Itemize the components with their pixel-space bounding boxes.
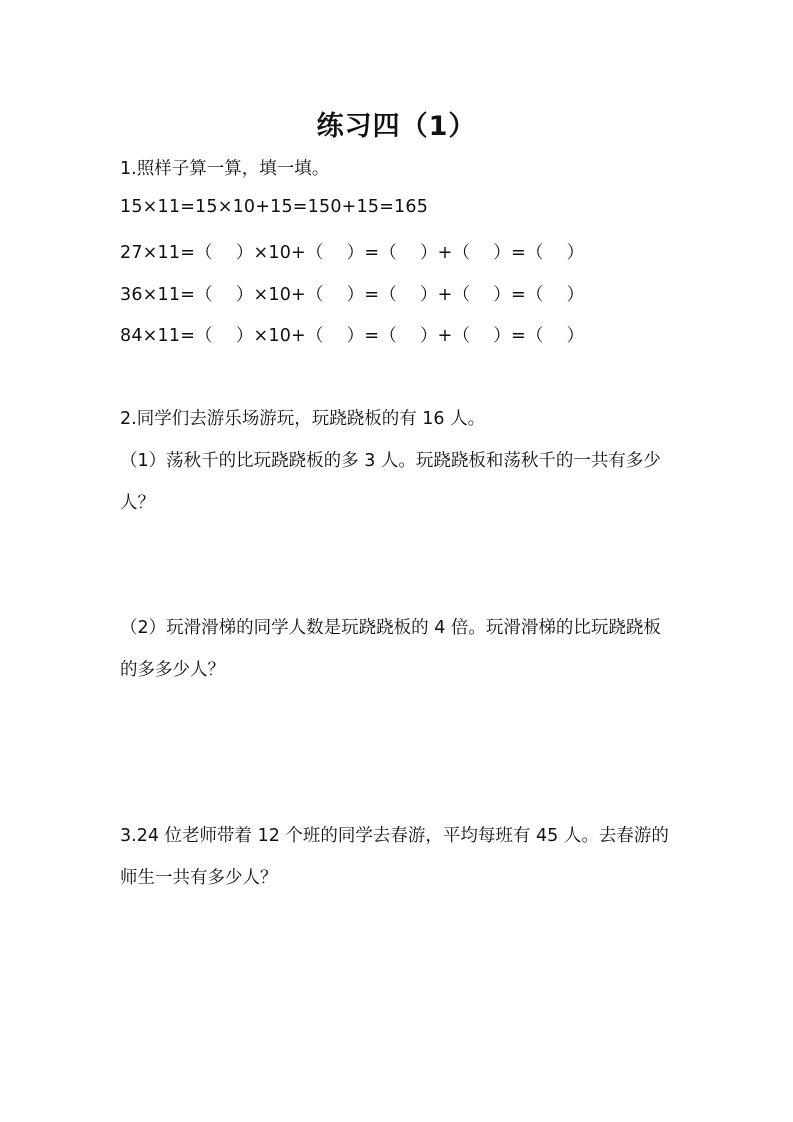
q2-sub1-line2: 人？ — [120, 489, 155, 514]
q3-line1: 3.24 位老师带着 12 个班的同学去春游，平均每班有 45 人。去春游的 — [120, 822, 669, 847]
page-title: 练习四（1） — [0, 104, 793, 143]
q2-prompt: 2.同学们去游乐场游玩，玩跷跷板的有 16 人。 — [120, 405, 485, 430]
q2-sub2-line1: （2）玩滑滑梯的同学人数是玩跷跷板的 4 倍。玩滑滑梯的比玩跷跷板 — [120, 614, 661, 639]
q1-row-3: 84×11=（ ）×10+（ ）=（ ）+（ ）=（ ） — [120, 322, 584, 347]
q1-example: 15×11=15×10+15=150+15=165 — [120, 197, 428, 217]
q1-row-1: 27×11=（ ）×10+（ ）=（ ）+（ ）=（ ） — [120, 239, 584, 264]
q2-sub2-line2: 的多多少人？ — [120, 656, 225, 681]
q1-prompt: 1.照样子算一算，填一填。 — [120, 155, 329, 180]
q3-line2: 师生一共有多少人？ — [120, 864, 278, 889]
q2-sub1-line1: （1）荡秋千的比玩跷跷板的多 3 人。玩跷跷板和荡秋千的一共有多少 — [120, 447, 661, 472]
q1-row-2: 36×11=（ ）×10+（ ）=（ ）+（ ）=（ ） — [120, 281, 584, 306]
